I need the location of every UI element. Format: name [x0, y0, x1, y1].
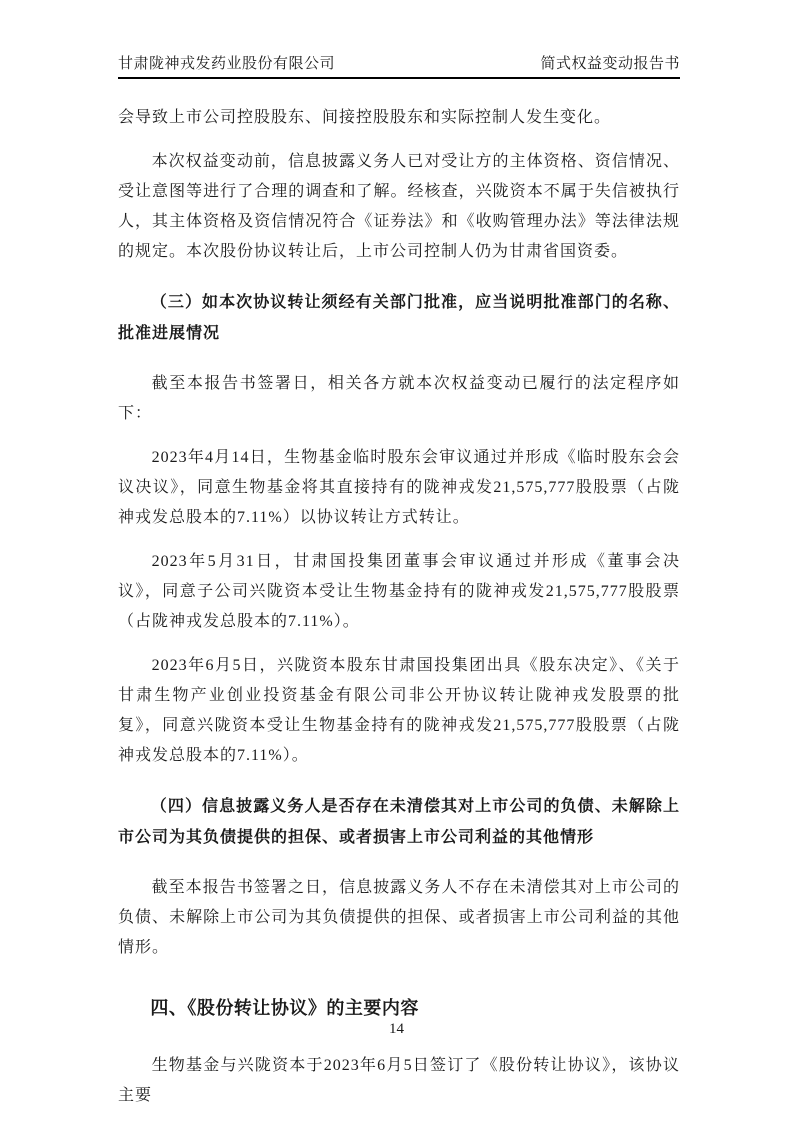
page-number: 14: [389, 1021, 404, 1037]
paragraph-procedures-intro: 截至本报告书签署日，相关各方就本次权益变动已履行的法定程序如下：: [118, 369, 680, 429]
page-footer: 14: [0, 1021, 793, 1038]
page-content: 甘肃陇神戎发药业股份有限公司 简式权益变动报告书 会导致上市公司控股股东、间接控…: [0, 0, 793, 1111]
heading-section-four: 四、《股份转让协议》的主要内容: [118, 991, 680, 1025]
paragraph-continuation: 会导致上市公司控股股东、间接控股股东和实际控制人发生变化。: [118, 103, 680, 133]
header-doc-title: 简式权益变动报告书: [540, 52, 680, 73]
page-header: 甘肃陇神戎发药业股份有限公司 简式权益变动报告书: [118, 0, 680, 79]
paragraph-june-resolution: 2023年6月5日，兴陇资本股东甘肃国投集团出具《股东决定》、《关于甘肃生物产业…: [118, 651, 680, 771]
document-page: 甘肃陇神戎发药业股份有限公司 简式权益变动报告书 会导致上市公司控股股东、间接控…: [0, 0, 793, 1122]
paragraph-no-debt: 截至本报告书签署之日，信息披露义务人不存在未清偿其对上市公司的负债、未解除上市公…: [118, 873, 680, 963]
heading-item-four: （四）信息披露义务人是否存在未清偿其对上市公司的负债、未解除上市公司为其负债提供…: [118, 791, 680, 853]
paragraph-may-resolution: 2023年5月31日，甘肃国投集团董事会审议通过并形成《董事会决议》，同意子公司…: [118, 547, 680, 637]
heading-item-three: （三）如本次协议转让须经有关部门批准，应当说明批准部门的名称、批准进展情况: [118, 287, 680, 349]
paragraph-due-diligence: 本次权益变动前，信息披露义务人已对受让方的主体资格、资信情况、受让意图等进行了合…: [118, 147, 680, 267]
header-company-name: 甘肃陇神戎发药业股份有限公司: [118, 52, 335, 73]
paragraph-agreement-intro: 生物基金与兴陇资本于2023年6月5日签订了《股份转让协议》，该协议主要: [118, 1051, 680, 1111]
paragraph-april-resolution: 2023年4月14日，生物基金临时股东会审议通过并形成《临时股东会会议决议》，同…: [118, 443, 680, 533]
